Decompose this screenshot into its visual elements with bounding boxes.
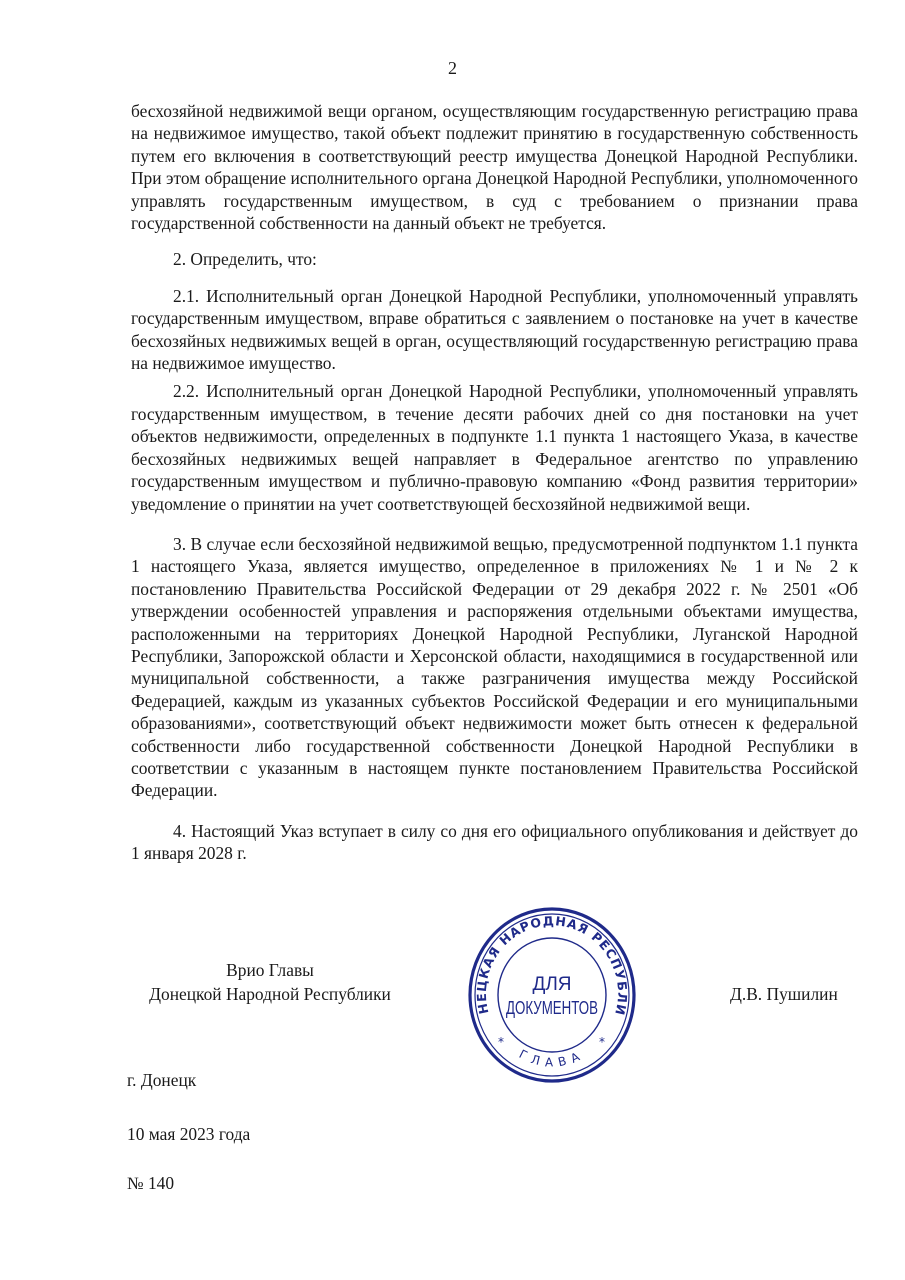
signatory-title: Врио Главы Донецкой Народной Республики: [120, 958, 420, 1006]
stamp-center-line-2: ДОКУМЕНТОВ: [506, 998, 598, 1018]
issue-date: 10 мая 2023 года: [127, 1124, 250, 1145]
svg-text:ДОНЕЦКАЯ НАРОДНАЯ РЕСПУБЛИКА: ДОНЕЦКАЯ НАРОДНАЯ РЕСПУБЛИКА: [466, 906, 630, 1017]
signatory-name: Д.В. Пушилин: [730, 984, 838, 1005]
signatory-title-line-1: Врио Главы: [120, 958, 420, 982]
paragraph-2: 2. Определить, что:: [131, 248, 858, 270]
stamp-star-right: *: [599, 1035, 605, 1049]
issue-city: г. Донецк: [127, 1070, 196, 1091]
stamp-star-left: *: [498, 1035, 504, 1049]
svg-text:ГЛАВА: ГЛАВА: [517, 1047, 587, 1069]
paragraph-1-continuation: бесхозяйной недвижимой вещи органом, осу…: [131, 100, 858, 234]
document-body: бесхозяйной недвижимой вещи органом, осу…: [131, 100, 858, 865]
stamp-bottom-text: ГЛАВА: [517, 1047, 587, 1069]
decree-number: № 140: [127, 1173, 174, 1194]
paragraph-3: 3. В случае если бесхозяйной недвижимой …: [131, 533, 858, 802]
signatory-title-line-2: Донецкой Народной Республики: [120, 982, 420, 1006]
paragraph-4: 4. Настоящий Указ вступает в силу со дня…: [131, 820, 858, 865]
stamp-center-line-1: ДЛЯ: [532, 974, 571, 995]
official-seal-icon: ДОНЕЦКАЯ НАРОДНАЯ РЕСПУБЛИКА ГЛАВА * * Д…: [466, 906, 638, 1084]
paragraph-2-2: 2.2. Исполнительный орган Донецкой Народ…: [131, 380, 858, 514]
document-page: 2 бесхозяйной недвижимой вещи органом, о…: [0, 0, 905, 1280]
paragraph-2-1: 2.1. Исполнительный орган Донецкой Народ…: [131, 285, 858, 375]
stamp-outer-text: ДОНЕЦКАЯ НАРОДНАЯ РЕСПУБЛИКА: [466, 906, 630, 1017]
page-number: 2: [0, 58, 905, 79]
